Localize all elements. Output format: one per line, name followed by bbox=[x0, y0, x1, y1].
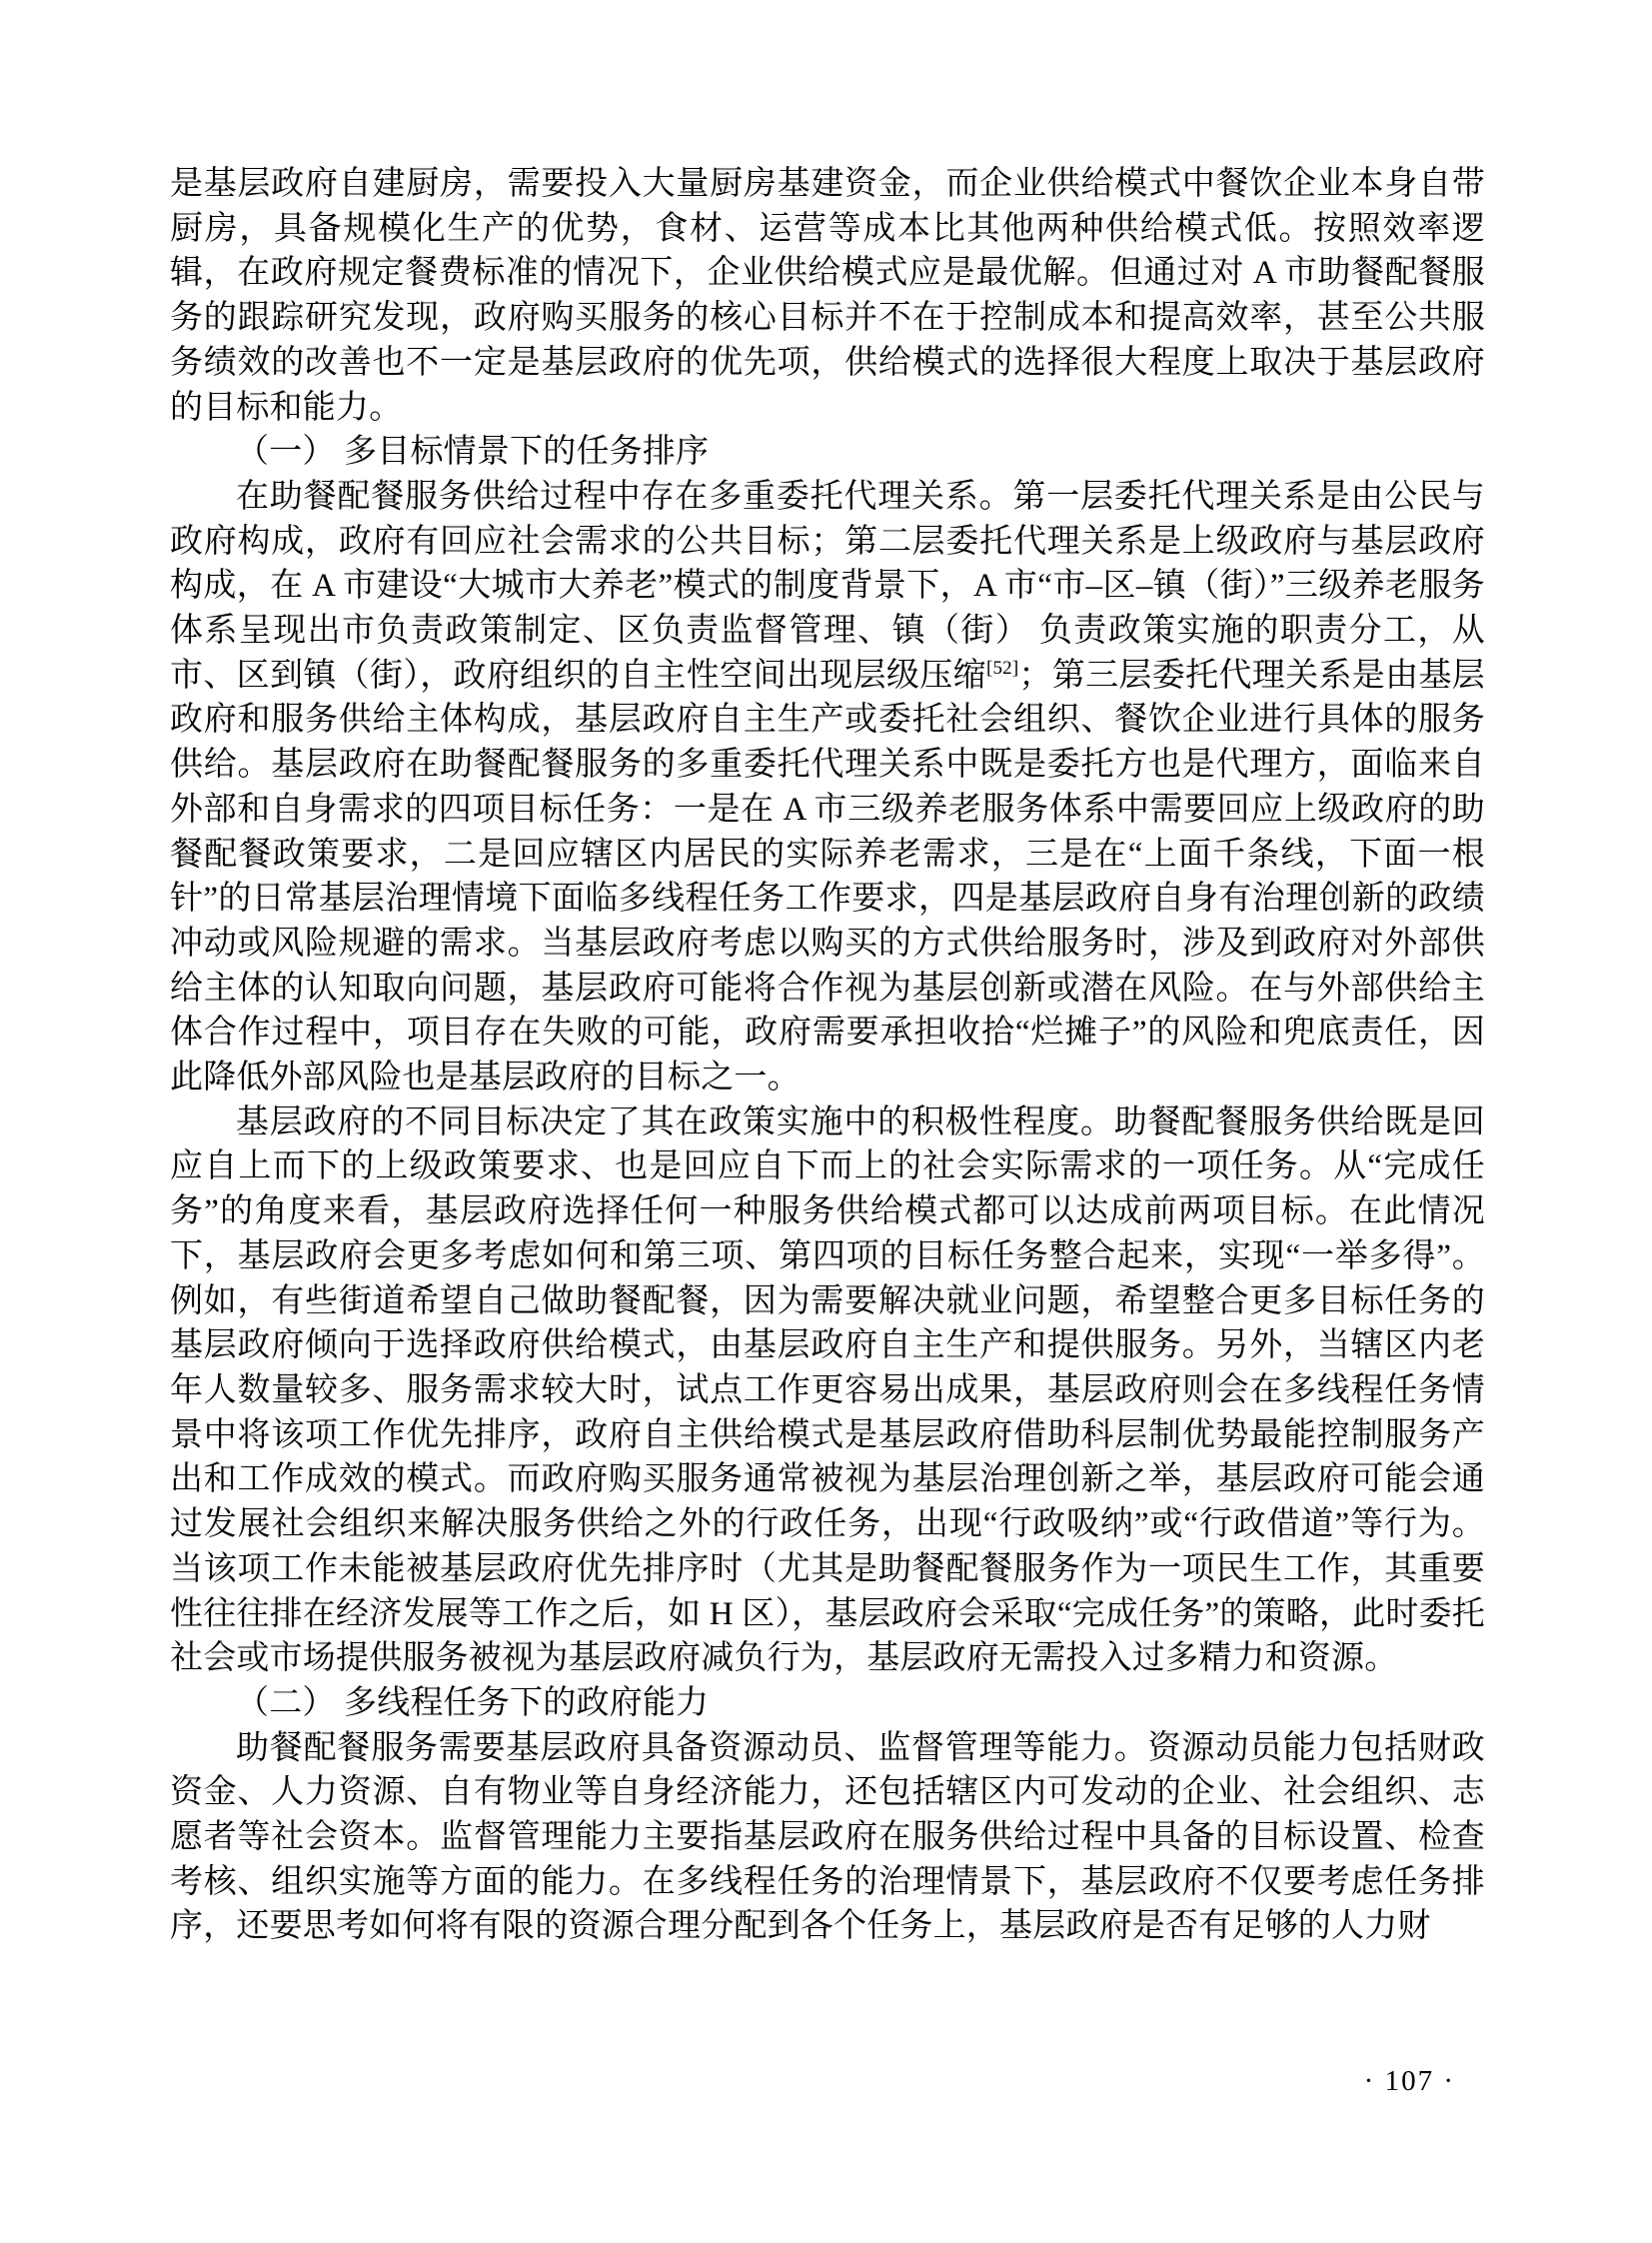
paragraph: 助餐配餐服务需要基层政府具备资源动员、监督管理等能力。资源动员能力包括财政资金、… bbox=[170, 1726, 1485, 1950]
page-number: · 107 · bbox=[170, 2063, 1455, 2099]
paragraph: 基层政府的不同目标决定了其在政策实施中的积极性程度。助餐配餐服务供给既是回应自上… bbox=[170, 1101, 1485, 1681]
paragraph: 在助餐配餐服务供给过程中存在多重委托代理关系。第一层委托代理关系是由公民与政府构… bbox=[170, 475, 1485, 1101]
section-heading: （一） 多目标情景下的任务排序 bbox=[170, 430, 1485, 475]
section-heading: （二） 多线程任务下的政府能力 bbox=[170, 1681, 1485, 1726]
document-page: 是基层政府自建厨房，需要投入大量厨房基建资金，而企业供给模式中餐饮企业本身自带厨… bbox=[0, 0, 1652, 2243]
footnote-reference: [52] bbox=[986, 658, 1018, 679]
document-body: 是基层政府自建厨房，需要投入大量厨房基建资金，而企业供给模式中餐饮企业本身自带厨… bbox=[170, 162, 1485, 1949]
paragraph: 是基层政府自建厨房，需要投入大量厨房基建资金，而企业供给模式中餐饮企业本身自带厨… bbox=[170, 162, 1485, 430]
